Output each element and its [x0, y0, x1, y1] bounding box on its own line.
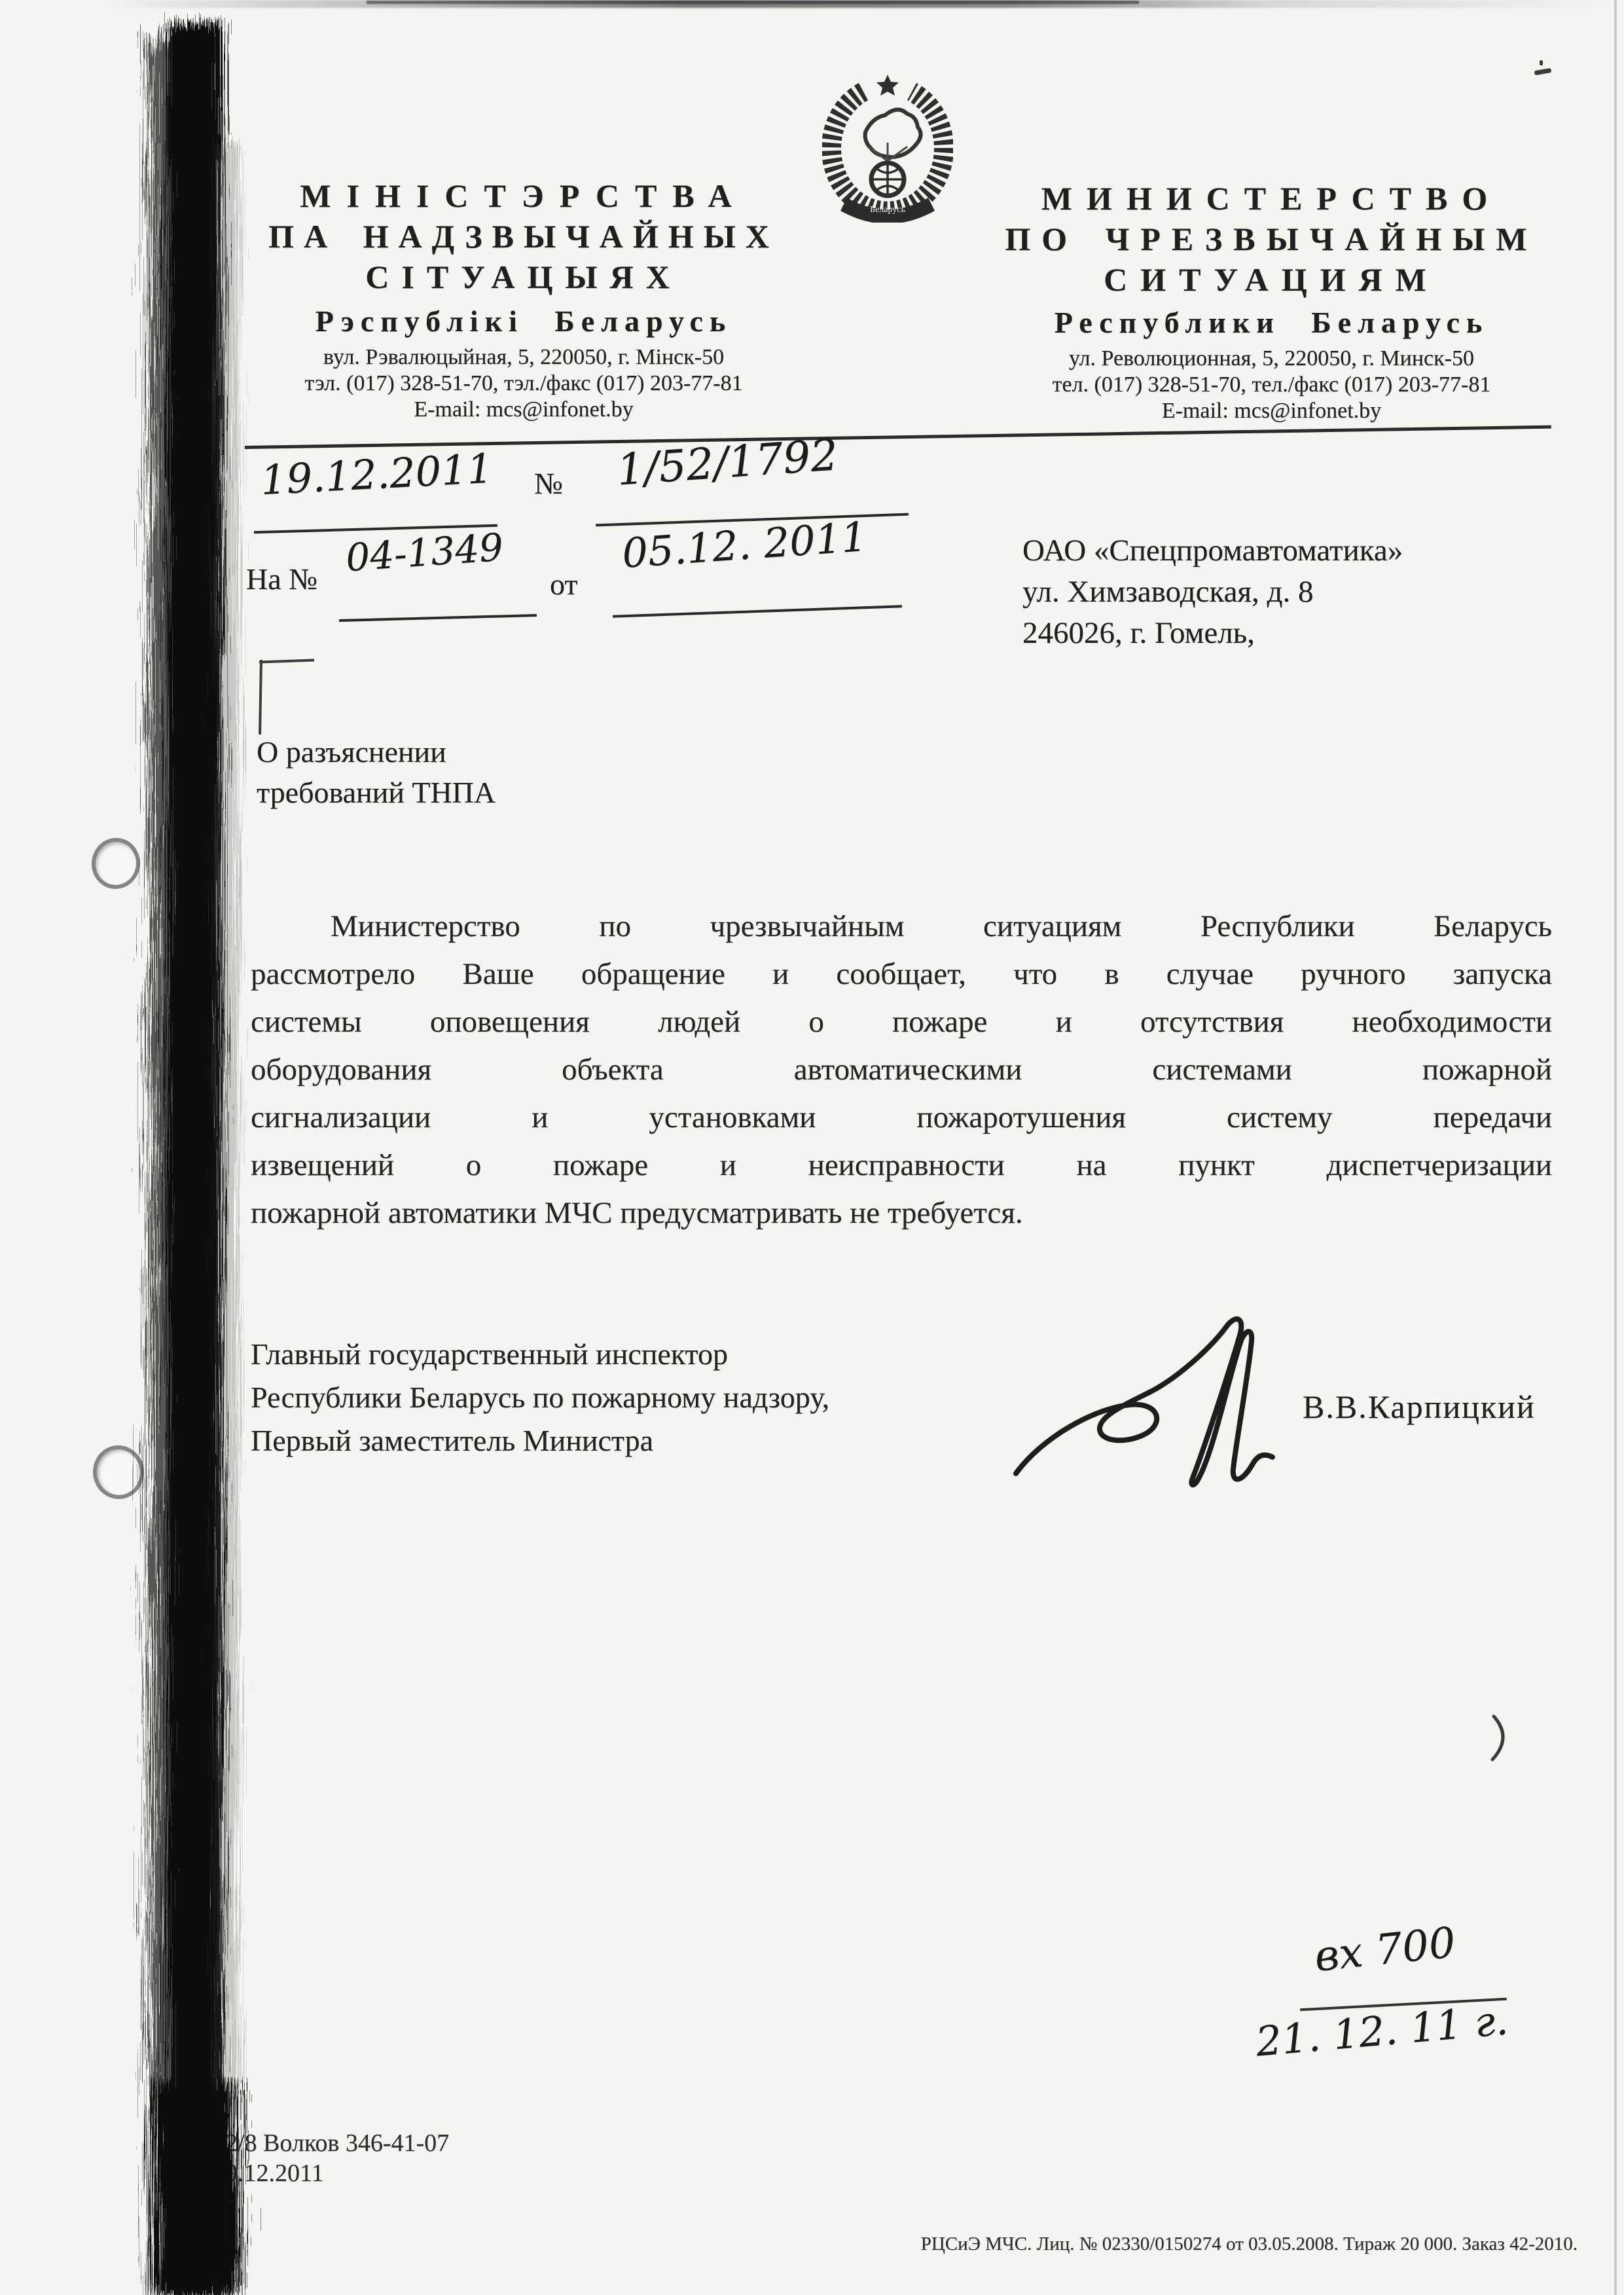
scanned-letter-page: Беларусь МІНІСТЭРСТВА ПА НАДЗВЫЧАЙНЫХ СІ… [0, 0, 1624, 2295]
body-line: рассмотрело Ваше обращение и сообщает, ч… [251, 956, 1552, 1004]
number-sign-label: № [534, 466, 563, 501]
phone-line: тэл. (017) 328-51-70, тэл./факс (017) 20… [242, 370, 805, 397]
recipient-name: ОАО «Спецпромавтоматика» [1022, 530, 1403, 571]
pen-mark-parenthesis [1487, 1712, 1513, 1765]
recipient-city: 246026, г. Гомель, [1022, 613, 1403, 654]
print-info-line: РЦСиЭ МЧС. Лиц. № 02330/0150274 от 03.05… [916, 2233, 1578, 2255]
stray-mark-top-right [1534, 68, 1552, 75]
republic-line: Республики Беларусь [988, 304, 1555, 342]
address-line: ул. Революционная, 5, 220050, г. Минск-5… [988, 346, 1555, 372]
address-line: вул. Рэвалюцыйная, 5, 220050, г. Мінск-5… [242, 344, 805, 370]
recipient-street: ул. Химзаводская, д. 8 [1022, 571, 1403, 613]
body-line: пожарной автоматики МЧС предусматривать … [251, 1195, 1552, 1243]
ministry-name-line: МІНІСТЭРСТВА [242, 175, 805, 216]
letterhead-russian: МИНИСТЕРСТВО ПО ЧРЕЗВЫЧАЙНЫМ СИТУАЦИЯМ Р… [988, 178, 1555, 424]
scan-artifact-binding-strip [118, 0, 262, 2295]
ministry-name-line: СІТУАЦЫЯХ [242, 257, 805, 297]
recipient-block: ОАО «Спецпромавтоматика» ул. Химзаводска… [1022, 530, 1403, 654]
signer-title-line: Республики Беларусь по пожарному надзору… [251, 1376, 829, 1419]
signer-name: В.В.Карпицкий [1303, 1388, 1536, 1426]
ministry-name-line: ПА НАДЗВЫЧАЙНЫХ [242, 216, 805, 257]
outgoing-date-handwritten: 19.12.2011 [259, 444, 494, 504]
stray-dot-top-right [1540, 60, 1543, 65]
letterhead-belarusian: МІНІСТЭРСТВА ПА НАДЗВЫЧАЙНЫХ СІТУАЦЫЯХ Р… [242, 175, 805, 423]
body-paragraph: Министерство по чрезвычайным ситуациям Р… [251, 909, 1552, 1243]
signer-title-line: Главный государственный инспектор [251, 1333, 829, 1376]
body-line: Министерство по чрезвычайным ситуациям Р… [251, 909, 1552, 956]
body-line: системы оповещения людей о пожаре и отсу… [251, 1004, 1552, 1052]
phone-line: тел. (017) 328-51-70, тел./факс (017) 20… [988, 372, 1555, 398]
body-line: оборудования объекта автоматическими сис… [251, 1052, 1552, 1100]
signer-title-block: Главный государственный инспектор Респуб… [251, 1333, 829, 1462]
from-date-label: от [550, 567, 578, 602]
emblem-star-icon [876, 75, 899, 96]
emblem-ribbon-text: Беларусь [870, 205, 905, 215]
reply-number-underline [339, 614, 537, 622]
email-line: E-mail: mcs@infonet.by [242, 397, 805, 423]
subject-line: О разъяснении [257, 732, 496, 772]
body-line: сигнализации и установками пожаротушения… [251, 1100, 1552, 1147]
signer-title-line: Первый заместитель Министра [251, 1419, 829, 1462]
email-line: E-mail: mcs@infonet.by [988, 398, 1555, 424]
reply-date-underline [613, 605, 902, 617]
emblem-rays [868, 143, 907, 161]
ministry-name-line: МИНИСТЕРСТВО [988, 178, 1555, 219]
coat-of-arms-belarus: Беларусь [822, 69, 953, 223]
signature-autograph [996, 1307, 1324, 1542]
republic-line: Рэспублікі Беларусь [242, 302, 805, 340]
body-line: извещений о пожаре и неисправности на пу… [251, 1147, 1552, 1195]
letterhead-separator-line [245, 425, 1551, 449]
subject-block: О разъяснении требований ТНПА [257, 732, 496, 813]
scan-artifact-right-edge [1614, 0, 1617, 2295]
scan-artifact-top-line [367, 1, 1139, 4]
incoming-date-handwritten: 21. 12. 11 г. [1254, 1996, 1510, 2065]
subject-line: требований ТНПА [257, 772, 496, 813]
ministry-name-line: ПО ЧРЕЗВЫЧАЙНЫМ [988, 219, 1555, 259]
incoming-number-handwritten: вх 700 [1312, 1919, 1458, 1981]
reply-number-handwritten: 04-1349 [344, 525, 505, 581]
ministry-name-line: СИТУАЦИЯМ [988, 259, 1555, 300]
corner-bracket-horizontal [259, 659, 314, 664]
